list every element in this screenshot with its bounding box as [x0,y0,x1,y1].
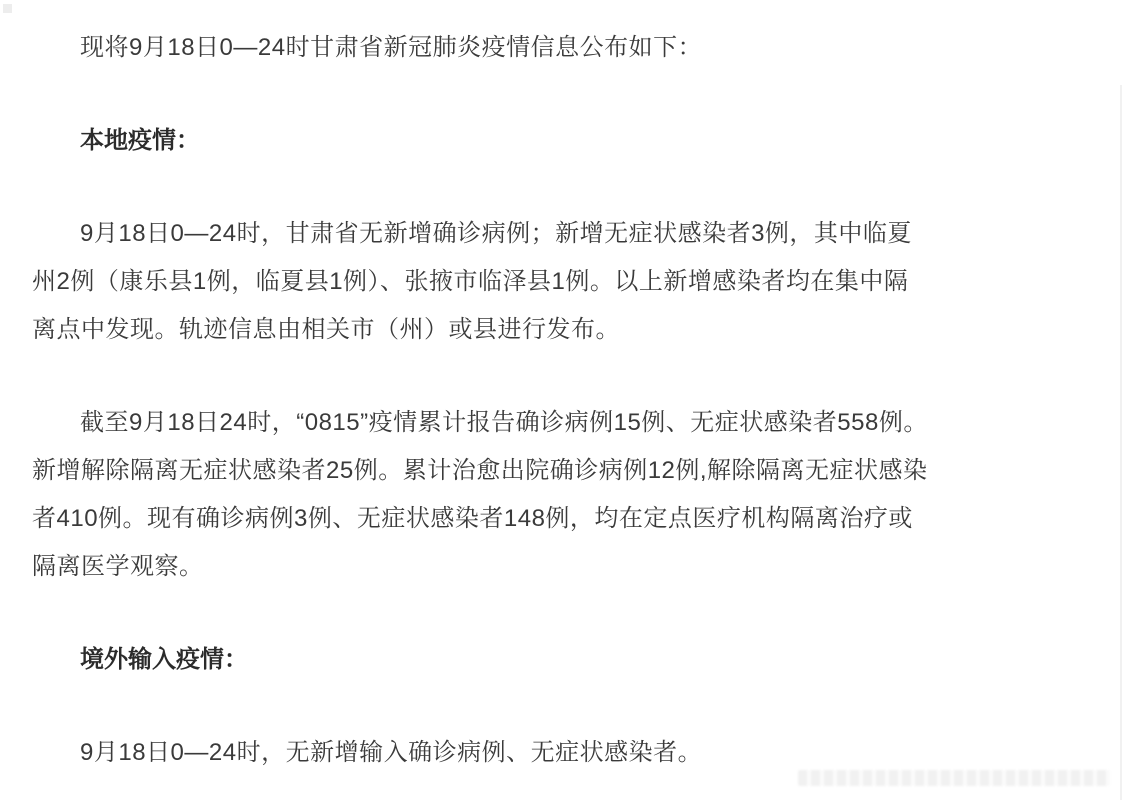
local-cumulative-paragraph: 截至9月18日24时，“0815”疫情累计报告确诊病例15例、无症状感染者558… [32,399,1043,591]
page-edge-line [1120,85,1122,800]
article-body: 现将9月18日0—24时甘肃省新冠肺炎疫情信息公布如下： 本地疫情： 9月18日… [0,0,1125,777]
text-line: 新增解除隔离无症状感染者25例。累计治愈出院确诊病例12例,解除隔离无症状感染 [32,447,1043,495]
intro-line: 现将9月18日0—24时甘肃省新冠肺炎疫情信息公布如下： [32,24,1043,72]
text-line: 州2例（康乐县1例，临夏县1例）、张掖市临泽县1例。以上新增感染者均在集中隔 [32,258,1043,306]
text-line: 隔离医学观察。 [32,543,1043,591]
text-line: 截至9月18日24时，“0815”疫情累计报告确诊病例15例、无症状感染者558… [32,399,1043,447]
intro-paragraph: 现将9月18日0—24时甘肃省新冠肺炎疫情信息公布如下： [32,24,1043,72]
imported-epidemic-heading: 境外输入疫情： [32,636,1043,684]
corner-artifact [3,4,12,13]
local-new-cases-paragraph: 9月18日0—24时，甘肃省无新增确诊病例；新增无症状感染者3例，其中临夏 州2… [32,210,1043,354]
text-line: 离点中发现。轨迹信息由相关市（州）或县进行发布。 [32,306,1043,354]
faint-watermark [798,770,1110,786]
local-epidemic-heading: 本地疫情： [32,117,1043,165]
text-line: 9月18日0—24时，甘肃省无新增确诊病例；新增无症状感染者3例，其中临夏 [32,210,1043,258]
text-line: 者410例。现有确诊病例3例、无症状感染者148例，均在定点医疗机构隔离治疗或 [32,495,1043,543]
